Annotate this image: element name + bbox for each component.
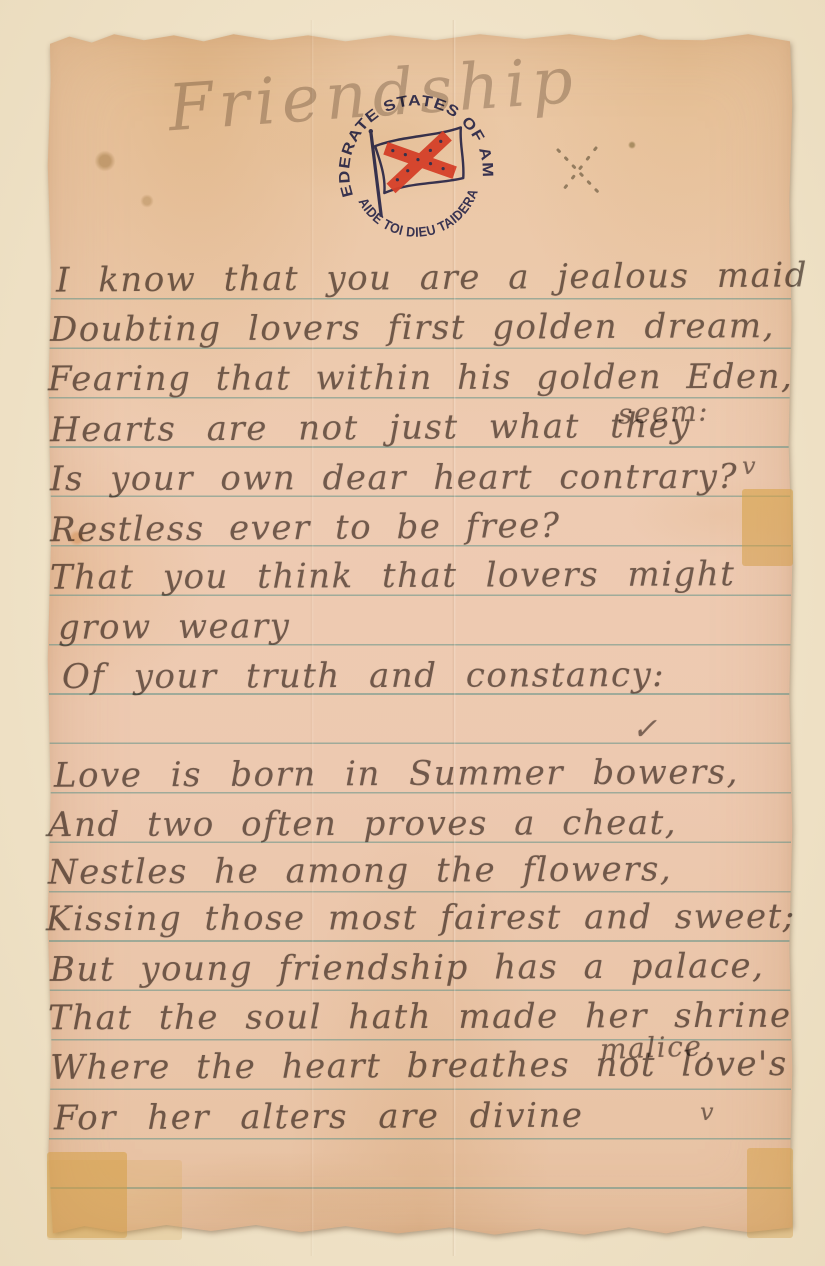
poem-line: For her alters are divine: [54, 1096, 584, 1139]
confederate-states-stamp: CONFEDERATE STATES OF AMERICA AIDE TOI D…: [323, 79, 509, 265]
tape-stain-bottom-left: [47, 1152, 127, 1238]
stamp-flag-icon: [368, 121, 468, 217]
poem-line: Is your own dear heart contrary?: [50, 457, 738, 499]
caret-mark: v: [742, 452, 757, 480]
poem-line: Of your truth and constancy:: [62, 655, 665, 697]
dotted-x-mark: [552, 142, 604, 200]
poem-line: Restless ever to be free?: [50, 506, 561, 550]
poem-line: Kissing those most fairest and sweet;: [46, 897, 796, 940]
poem-line: grow weary: [58, 606, 291, 648]
poem-insertion-seem: seem:: [617, 394, 709, 430]
poem-insertion-malice: malice,: [599, 1029, 713, 1066]
poem-line: Doubting lovers first golden dream,: [50, 306, 775, 350]
poem-line: Nestles he among the flowers,: [48, 849, 672, 892]
poem-line: But young friendship has a palace,: [50, 946, 765, 990]
stamp-arc-bottom-text: AIDE TOI DIEU TAIDERA: [355, 185, 485, 245]
tape-stain-right: [742, 489, 793, 566]
poem-line: Hearts are not just what they: [50, 406, 691, 450]
poem-line: Fearing that within his golden Eden,: [48, 357, 793, 400]
caret-mark: v: [700, 1098, 715, 1126]
tape-stain-bottom-right: [747, 1148, 793, 1238]
poem-line: Love is born in Summer bowers,: [54, 752, 739, 796]
check-mark: ✓: [632, 712, 659, 747]
scanned-letter-page: Friendship CONFEDERATE STATES OF AMERICA…: [0, 0, 825, 1266]
svg-text:AIDE TOI DIEU TAIDERA: AIDE TOI DIEU TAIDERA: [355, 185, 485, 245]
poem-line: That you think that lovers might: [50, 554, 736, 598]
poem-line: And two often proves a cheat,: [48, 803, 677, 845]
poem-line: I know that you are a jealous maid: [56, 255, 808, 300]
